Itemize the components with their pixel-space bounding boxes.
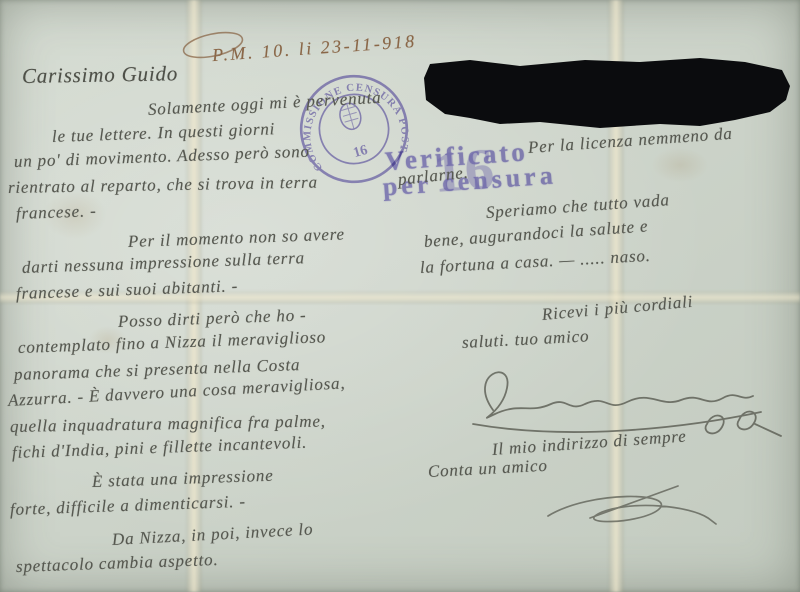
handwritten-line: È stata una impressione xyxy=(92,466,274,492)
letter-scan: P.M. 10. li 23-11-918 Carissimo Guido CO… xyxy=(0,0,800,592)
handwritten-line: contemplato fino a Nizza il meraviglioso xyxy=(18,327,327,358)
signature-strokes xyxy=(473,372,781,436)
handwritten-line: fichi d'India, pini e fillette incantevo… xyxy=(12,433,308,463)
handwritten-line: francese e sui suoi abitanti. - xyxy=(16,276,239,304)
handwritten-line: bene, augurandoci la salute e xyxy=(423,216,649,252)
final-flourish xyxy=(530,478,730,533)
handwritten-line: darti nessuna impressione sulla terra xyxy=(22,248,306,278)
redaction-bar xyxy=(410,52,800,142)
handwritten-line: la fortuna a casa. — ..... naso. xyxy=(419,246,651,278)
handwritten-line: Ricevi i più cordiali xyxy=(541,292,694,325)
handwritten-line: le tue lettere. In questi giorni xyxy=(52,119,276,147)
handwritten-line: francese. - xyxy=(16,201,97,224)
handwritten-line: spettacolo cambia aspetto. xyxy=(16,550,219,577)
redaction-shape xyxy=(424,58,790,128)
handwritten-line: Per il momento non so avere xyxy=(128,224,345,252)
handwritten-line: rientrato al reparto, che si trova in te… xyxy=(8,173,318,198)
handwritten-line: Da Nizza, in poi, invece lo xyxy=(111,519,313,550)
handwritten-line: forte, difficile a dimenticarsi. - xyxy=(10,492,246,520)
handwritten-line: saluti. tuo amico xyxy=(461,326,589,353)
stamp-number: 16 xyxy=(351,142,369,161)
flourish-strokes xyxy=(548,486,716,524)
greeting: Carissimo Guido xyxy=(22,61,179,89)
